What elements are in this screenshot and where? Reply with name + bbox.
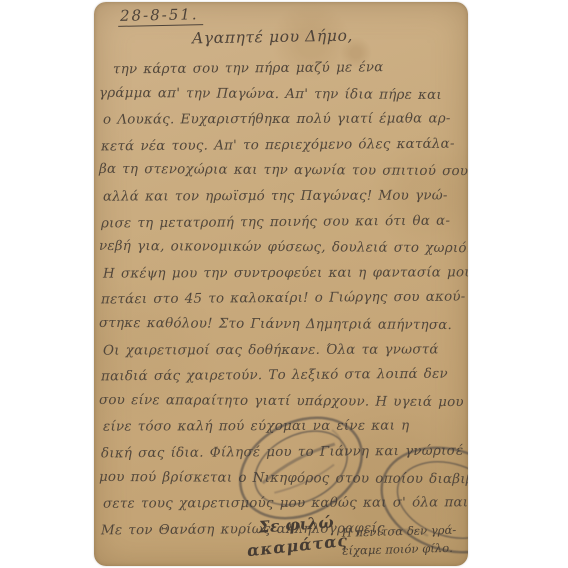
handwritten-line: σετε τους χαιρετισμούς μου καθώς και σ' … <box>103 490 465 517</box>
handwritten-line: νεβή για, οικονομικών φύσεως, δουλειά στ… <box>99 234 461 262</box>
handwritten-line: την κάρτα σου την πήρα μαζύ με ένα <box>101 55 463 83</box>
postscript-line: είχαμε ποιόν φίλο. <box>342 538 468 559</box>
handwritten-line: ρισε τη μετατροπή της ποινής σου και ότι… <box>101 208 463 236</box>
handwritten-line: Οι χαιρετισμοί σας δοθήκανε. Όλα τα γνωσ… <box>103 337 465 364</box>
signature-block: Σε φιλώ ακαμάτας <box>245 511 349 560</box>
date: 28-8-51. <box>118 5 203 27</box>
postcard-paper: 28-8-51. Αγαπητέ μου Δήμο, την κάρτα σου… <box>94 2 468 566</box>
handwritten-line: βα τη στενοχώρια και την αγωνία του σπιτ… <box>99 157 461 185</box>
handwritten-line: πετάει στο 45 το καλοκαίρι! ο Γιώργης σο… <box>101 285 463 313</box>
letter-body: την κάρτα σου την πήρα μαζύ με ένα γράμμ… <box>101 56 463 542</box>
postscript-note: Η πενίτσα δεν γρά- είχαμε ποιόν φίλο. <box>342 520 468 559</box>
handwritten-line: κετά νέα τους. Απ' το περιεχόμενο όλες κ… <box>101 131 463 159</box>
handwritten-line: δική σας ίδια. Φίλησέ μου το Γιάννη και … <box>101 438 463 466</box>
salutation: Αγαπητέ μου Δήμο, <box>192 27 353 48</box>
handwritten-line: μου πού βρίσκεται ο Νικηφόρος στου οποίο… <box>99 464 461 492</box>
handwritten-line: ο Λουκάς. Ευχαριστήθηκα πολύ γιατί έμαθα… <box>103 107 465 134</box>
handwritten-line: αλλά και τον ηρωϊσμό της Παγώνας! Μου γν… <box>103 183 465 210</box>
handwritten-line: παιδιά σάς χαιρετούν. Το λεξικό στα λοιπ… <box>101 362 463 390</box>
scanned-postcard-page: 28-8-51. Αγαπητέ μου Δήμο, την κάρτα σου… <box>0 0 568 568</box>
handwritten-line: στηκε καθόλου! Στο Γιάννη Δημητριά απήντ… <box>99 311 461 339</box>
handwritten-line: σου είνε απαραίτητο γιατί υπάρχουν. Η υγ… <box>99 388 461 416</box>
handwritten-line: Η σκέψη μου την συντροφεύει και η φαντασ… <box>103 260 465 287</box>
handwritten-line: γράμμα απ' την Παγώνα. Απ' την ίδια πήρε… <box>99 80 461 108</box>
handwritten-line: είνε τόσο καλή πού εύχομαι να είνε και η <box>103 414 465 441</box>
